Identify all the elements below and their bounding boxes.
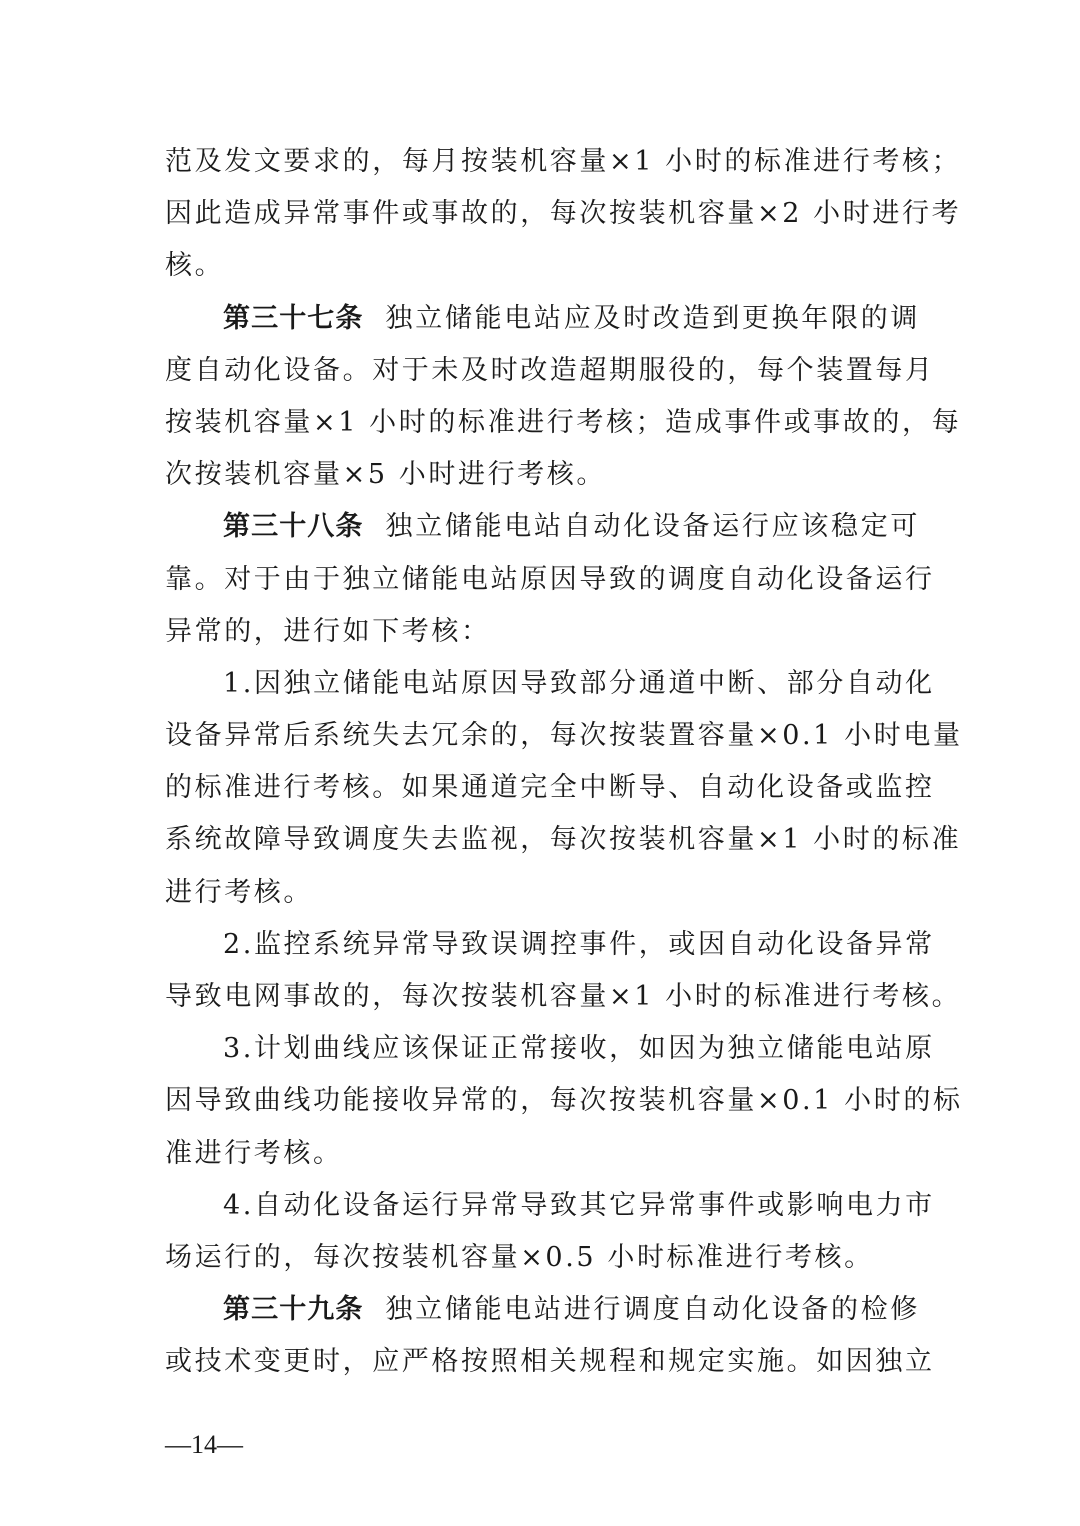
text-line: 或技术变更时，应严格按照相关规程和规定实施。如因独立 xyxy=(165,1336,920,1388)
item-first-line: 3.计划曲线应该保证正常接收，如因为独立储能电站原 xyxy=(165,1023,920,1075)
article-label: 第三十八条 xyxy=(223,511,364,542)
text-line: 因此造成异常事件或事故的，每次按装机容量×2 小时进行考 xyxy=(165,188,920,240)
article-first-line: 第三十七条独立储能电站应及时改造到更换年限的调 xyxy=(165,293,920,345)
list-item-1: 1.因独立储能电站原因导致部分通道中断、部分自动化 设备异常后系统失去冗余的，每… xyxy=(165,658,920,919)
item-first-line: 2.监控系统异常导致误调控事件，或因自动化设备异常 xyxy=(165,919,920,971)
text-line: 场运行的，每次按装机容量×0.5 小时标准进行考核。 xyxy=(165,1232,920,1284)
text-line: 准进行考核。 xyxy=(165,1128,920,1180)
text-line: 因导致曲线功能接收异常的，每次按装机容量×0.1 小时的标 xyxy=(165,1075,920,1127)
list-item-2: 2.监控系统异常导致误调控事件，或因自动化设备异常 导致电网事故的，每次按装机容… xyxy=(165,919,920,1023)
list-item-3: 3.计划曲线应该保证正常接收，如因为独立储能电站原 因导致曲线功能接收异常的，每… xyxy=(165,1023,920,1180)
article-text: 独立储能电站自动化设备运行应该稳定可 xyxy=(386,511,921,542)
text-line: 范及发文要求的，每月按装机容量×1 小时的标准进行考核； xyxy=(165,136,920,188)
article-38: 第三十八条独立储能电站自动化设备运行应该稳定可 靠。对于由于独立储能电站原因导致… xyxy=(165,501,920,658)
article-label: 第三十九条 xyxy=(223,1294,364,1325)
text-line: 进行考核。 xyxy=(165,867,920,919)
article-37: 第三十七条独立储能电站应及时改造到更换年限的调 度自动化设备。对于未及时改造超期… xyxy=(165,293,920,502)
article-39: 第三十九条独立储能电站进行调度自动化设备的检修 或技术变更时，应严格按照相关规程… xyxy=(165,1284,920,1388)
paragraph-continuation: 范及发文要求的，每月按装机容量×1 小时的标准进行考核； 因此造成异常事件或事故… xyxy=(165,136,920,293)
text-line: 设备异常后系统失去冗余的，每次按装置容量×0.1 小时电量 xyxy=(165,710,920,762)
article-text: 独立储能电站进行调度自动化设备的检修 xyxy=(386,1294,921,1325)
article-first-line: 第三十八条独立储能电站自动化设备运行应该稳定可 xyxy=(165,501,920,553)
article-first-line: 第三十九条独立储能电站进行调度自动化设备的检修 xyxy=(165,1284,920,1336)
text-line: 导致电网事故的，每次按装机容量×1 小时的标准进行考核。 xyxy=(165,971,920,1023)
text-line: 按装机容量×1 小时的标准进行考核；造成事件或事故的，每 xyxy=(165,397,920,449)
text-line: 核。 xyxy=(165,240,920,292)
text-line: 的标准进行考核。如果通道完全中断导、自动化设备或监控 xyxy=(165,762,920,814)
text-line: 靠。对于由于独立储能电站原因导致的调度自动化设备运行 xyxy=(165,554,920,606)
page-number: —14— xyxy=(165,1430,243,1460)
list-item-4: 4.自动化设备运行异常导致其它异常事件或影响电力市 场运行的，每次按装机容量×0… xyxy=(165,1180,920,1284)
item-first-line: 1.因独立储能电站原因导致部分通道中断、部分自动化 xyxy=(165,658,920,710)
article-label: 第三十七条 xyxy=(223,303,364,334)
text-line: 次按装机容量×5 小时进行考核。 xyxy=(165,449,920,501)
document-page: 范及发文要求的，每月按装机容量×1 小时的标准进行考核； 因此造成异常事件或事故… xyxy=(165,136,920,1389)
text-line: 异常的，进行如下考核： xyxy=(165,606,920,658)
article-text: 独立储能电站应及时改造到更换年限的调 xyxy=(386,303,921,334)
text-line: 系统故障导致调度失去监视，每次按装机容量×1 小时的标准 xyxy=(165,814,920,866)
text-line: 度自动化设备。对于未及时改造超期服役的，每个装置每月 xyxy=(165,345,920,397)
item-first-line: 4.自动化设备运行异常导致其它异常事件或影响电力市 xyxy=(165,1180,920,1232)
